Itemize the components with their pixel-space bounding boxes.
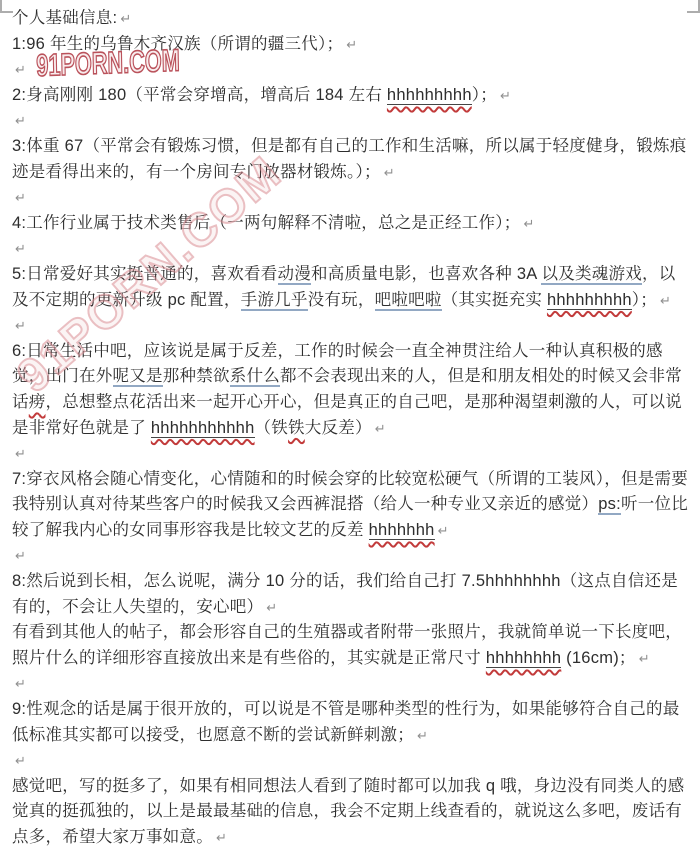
empty-line: ↵ <box>12 313 690 339</box>
text-segment: 8:然后说到长相，怎么说呢，满分 10 分的话，我们给自己打 7.5hhhhhh… <box>12 572 678 616</box>
text-segment: 1:96 年生的乌鲁木齐汉族（所谓的疆三代）； <box>12 35 343 53</box>
paragraph-15: 8:然后说到长相，怎么说呢，满分 10 分的话，我们给自己打 7.5hhhhhh… <box>12 569 690 620</box>
pilcrow-mark: ↵ <box>15 753 26 768</box>
text-segment: 5:日常爱好其实挺普通的，喜欢看看 <box>12 265 278 283</box>
paragraph-18: 9:性观念的话是属于很开放的，可以说是不管是哪种类型的性行为，如果能够符合自己的… <box>12 697 690 748</box>
pilcrow-mark: ↵ <box>120 11 131 26</box>
pilcrow-mark: ↵ <box>438 523 449 538</box>
text-segment: hhhhhhhhh <box>387 86 472 105</box>
text-segment: （铁 <box>255 419 289 437</box>
text-segment: hhhhhhhhhhh <box>151 419 255 438</box>
text-segment: (16cm)； <box>561 649 635 667</box>
empty-line: ↵ <box>12 185 690 211</box>
paragraph-11: 6:日常生活中吧，应该说是属于反差，工作的时候会一直全神贯注给人一种认真积极的感… <box>12 339 690 441</box>
text-segment: ）； <box>632 291 657 309</box>
text-segment: ps: <box>598 495 621 515</box>
document-text: 个人基础信息:↵1:96 年生的乌鲁木齐汉族（所谓的疆三代）；↵↵2:身高刚刚 … <box>12 6 690 851</box>
pilcrow-mark: ↵ <box>375 421 386 436</box>
pilcrow-mark: ↵ <box>524 216 535 231</box>
pilcrow-mark: ↵ <box>346 37 357 52</box>
paragraph-13: 7:穿衣风格会随心情变化，心情随和的时候会穿的比较宽松硬气（所谓的工装风），但是… <box>12 467 690 544</box>
text-segment: hhhhhhh <box>369 521 435 540</box>
text-segment: 那种禁欲 <box>163 367 230 385</box>
text-segment: 没有玩， <box>308 291 375 309</box>
text-segment: （其实挺充实 <box>442 291 547 309</box>
text-segment: 以及类魂游戏 <box>541 265 642 285</box>
pilcrow-mark: ↵ <box>500 88 511 103</box>
pilcrow-mark: ↵ <box>15 446 26 461</box>
text-segment: 铁 <box>288 419 305 437</box>
empty-line: ↵ <box>12 57 690 83</box>
text-segment: 9:性观念的话是属于很开放的，可以说是不管是哪种类型的性行为，如果能够符合自己的… <box>12 700 680 744</box>
pilcrow-mark: ↵ <box>15 318 26 333</box>
paragraph-9: 5:日常爱好其实挺普通的，喜欢看看动漫和高质量电影，也喜欢各种 3A 以及类魂游… <box>12 262 690 313</box>
text-segment: 感觉吧，写的挺多了，如果有相同想法人看到了随时都可以加我 q 哦，身边没有同类人… <box>12 777 684 846</box>
pilcrow-mark: ↵ <box>15 241 26 256</box>
paragraph-1: 1:96 年生的乌鲁木齐汉族（所谓的疆三代）；↵ <box>12 32 690 58</box>
pilcrow-mark: ↵ <box>15 190 26 205</box>
empty-line: ↵ <box>12 748 690 774</box>
text-segment: 痨 <box>29 393 46 411</box>
pilcrow-mark: ↵ <box>15 548 26 563</box>
paragraph-3: 2:身高刚刚 180（平常会穿增高，增高后 184 左右 hhhhhhhhh）；… <box>12 83 690 109</box>
text-segment: 个人基础信息: <box>12 9 117 27</box>
empty-line: ↵ <box>12 543 690 569</box>
empty-line: ↵ <box>12 671 690 697</box>
text-segment: hhhhhhhh <box>486 649 561 668</box>
empty-line: ↵ <box>12 236 690 262</box>
pilcrow-mark: ↵ <box>639 651 650 666</box>
pilcrow-mark: ↵ <box>15 62 26 77</box>
text-segment: 吧啦吧啦 <box>375 291 442 311</box>
empty-line: ↵ <box>12 441 690 467</box>
text-segment: 系什么 <box>230 367 280 387</box>
text-segment: 3:体重 67（平常会有锻炼习惯，但是都有自己的工作和生活嘛，所以属于轻度健身，… <box>12 137 686 181</box>
text-segment: 4:工作行业属于技术类售后（一两句解释不清啦，总之是正经工作）； <box>12 214 521 232</box>
text-segment: ）； <box>472 86 497 104</box>
text-segment: 呢又是 <box>113 367 163 387</box>
paragraph-5: 3:体重 67（平常会有锻炼习惯，但是都有自己的工作和生活嘛，所以属于轻度健身，… <box>12 134 690 185</box>
word-document-page: 个人基础信息:↵1:96 年生的乌鲁木齐汉族（所谓的疆三代）；↵↵2:身高刚刚 … <box>0 0 700 860</box>
pilcrow-mark: ↵ <box>660 293 671 308</box>
empty-line: ↵ <box>12 108 690 134</box>
pilcrow-mark: ↵ <box>266 600 277 615</box>
text-segment: hhhhhhhhh <box>547 291 632 310</box>
pilcrow-mark: ↵ <box>15 113 26 128</box>
paragraph-20: 感觉吧，写的挺多了，如果有相同想法人看到了随时都可以加我 q 哦，身边没有同类人… <box>12 774 690 851</box>
text-segment: 动漫 <box>278 265 312 285</box>
pilcrow-mark: ↵ <box>216 830 227 845</box>
pilcrow-mark: ↵ <box>384 165 395 180</box>
paragraph-7: 4:工作行业属于技术类售后（一两句解释不清啦，总之是正经工作）；↵ <box>12 211 690 237</box>
text-segment: 7:穿衣风格会随心情变化，心情随和的时候会穿的比较宽松硬气（所谓的工装风），但是… <box>12 470 688 514</box>
pilcrow-mark: ↵ <box>417 728 428 743</box>
text-segment: 2:身高刚刚 180（平常会穿增高，增高后 184 左右 <box>12 86 387 104</box>
text-segment: 和高质量电影，也喜欢各种 3A <box>311 265 541 283</box>
text-segment: 大反差） <box>305 419 372 437</box>
text-segment: 手游几乎 <box>241 291 308 311</box>
pilcrow-mark: ↵ <box>15 676 26 691</box>
paragraph-16: 有看到其他人的帖子，都会形容自己的生殖器或者附带一张照片，我就简单说一下长度吧，… <box>12 620 690 671</box>
paragraph-0: 个人基础信息:↵ <box>12 6 690 32</box>
